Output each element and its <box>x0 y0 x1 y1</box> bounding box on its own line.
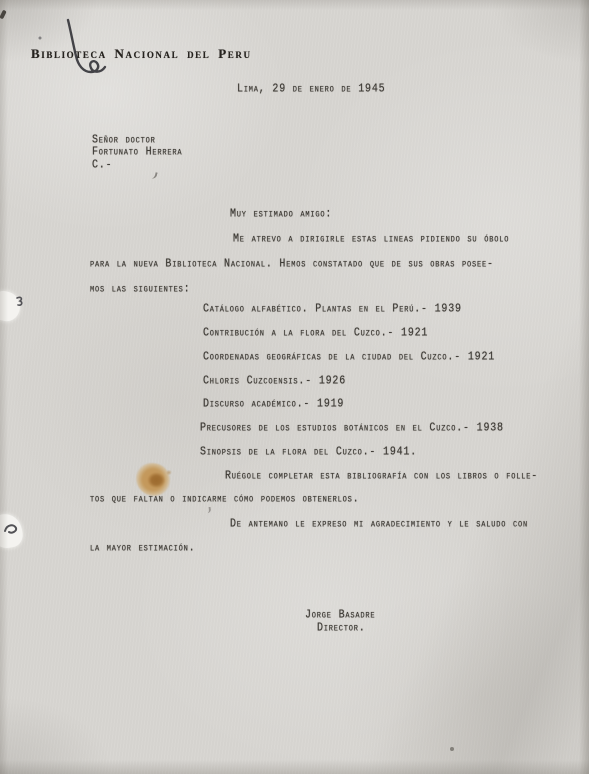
date-line: Lima, 29 de enero de 1945 <box>237 83 385 98</box>
pen-mark-lower-tear <box>2 521 20 537</box>
edge-speck-top-left <box>0 10 7 20</box>
work-item: Chloris Cuzcoensis.- 1926 <box>203 375 346 390</box>
paragraph1-line1: Me atrevo a dirigirle estas lineas pidie… <box>233 233 509 248</box>
work-item: Discurso académico.- 1919 <box>203 398 344 413</box>
speck-bottom-right <box>450 747 454 751</box>
stray-comma-mark <box>151 172 157 180</box>
letterhead-org-name: Biblioteca Nacional del Peru <box>31 46 252 62</box>
pen-mark-upper-tear <box>14 295 28 309</box>
stray-tick-mark <box>207 507 212 513</box>
paper-tear-lower <box>0 512 24 550</box>
work-item: Catálogo alfabético. Plantas en el Perú.… <box>203 303 462 318</box>
work-item: Contribución a la flora del Cuzco.- 1921 <box>203 327 428 342</box>
work-item: Precusores de los estudios botánicos en … <box>200 422 504 437</box>
signature-title: Director. <box>317 622 366 637</box>
salutation: Muy estimado amigo: <box>230 208 332 223</box>
work-item: Coordenadas geográficas de la ciudad del… <box>203 351 495 366</box>
paragraph2-line1: Ruégole completar esta bibliografía con … <box>225 470 538 485</box>
paper-stain-halo <box>166 470 172 475</box>
paragraph1-line3: mos las siguientes: <box>90 283 190 298</box>
paragraph2-line2: tos que faltan o indicarme cómo podemos … <box>90 493 359 508</box>
recipient-city-line: C.- <box>92 159 112 174</box>
work-item: Sinopsis de la flora del Cuzco.- 1941. <box>200 446 417 461</box>
paragraph3-line2: la mayor estimación. <box>90 542 195 557</box>
ink-dot <box>39 37 42 40</box>
paragraph1-line2: para la nueva Biblioteca Nacional. Hemos… <box>90 258 494 273</box>
paper-tear-upper <box>0 289 23 324</box>
paper-stain <box>136 463 170 496</box>
paragraph3-line1: De antemano le expreso mi agradecimiento… <box>230 518 528 533</box>
letter-page: Biblioteca Nacional del Peru Lima, 29 de… <box>0 0 589 774</box>
